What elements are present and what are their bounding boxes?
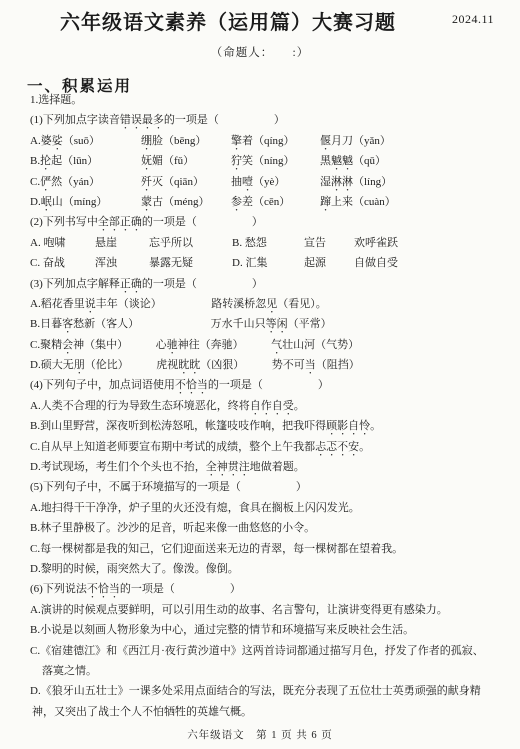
text-segment: C.聚精 [30, 339, 62, 351]
emphasized-text: 驰 [167, 339, 178, 351]
text-segment: （yè） [253, 176, 285, 188]
emphasized-text: 正确 [120, 278, 142, 290]
text-segment: 的一项是（ ） [164, 114, 285, 126]
exam-line: C.俨然（yán）歼灭（qiān）抽噎（yè）湿淋淋（líng） [30, 172, 516, 192]
emphasized-text: 不恰当 [175, 379, 208, 391]
table-cell: 忘乎所以 [149, 233, 232, 253]
exam-line: D.黎明的时候，雨突然大了。像泼。像倒。 [30, 559, 516, 579]
emphasized-text: 娑 [52, 135, 63, 147]
emphasized-text: 绷 [141, 135, 152, 147]
emphasized-text: 不恰当 [87, 583, 120, 595]
table-cell: B.抡起（lūn） [30, 151, 141, 173]
text-segment: (3)下列加点字解释 [30, 278, 120, 290]
text-segment: 月刀（yǎn） [331, 135, 391, 147]
text-segment: （凶狠） 势不可 [200, 359, 305, 371]
emphasized-text: 见 [266, 298, 277, 310]
exam-line: D.《狼牙山五壮士》一课多处采用点面结合的写法，既充分表现了五位壮士英勇顽强的献… [30, 681, 516, 701]
table-cell: 狞笑（níng） [231, 151, 320, 173]
exam-line: A. 咆啸悬崖忘乎所以B. 愁怨宣告欢呼雀跃 [30, 233, 516, 253]
text-segment: 落寞之情。 [42, 665, 97, 677]
exam-line: (4)下列句子中，加点词语使用不恰当的一项是（ ） [30, 375, 516, 395]
emphasized-text: 抡 [40, 155, 51, 167]
table-cell: 歼灭（qiān） [141, 172, 231, 194]
text-segment: D.黎明的时候，雨突然大了。像泼。像倒。 [30, 563, 239, 575]
emphasized-text: 全部正确 [98, 216, 142, 228]
emphasized-text: 淋淋 [331, 176, 353, 188]
emphasized-text: 妩 [141, 155, 152, 167]
exam-body: 1.选择题。(1)下列加点字读音错误最多的一项是（ ）A.婆娑（suō）绷脸（b… [30, 90, 516, 722]
text-segment: B. 愁怨 [232, 237, 267, 249]
text-segment: 壮山河（气势） [282, 339, 359, 351]
text-segment: 。 [359, 441, 370, 453]
emphasized-text: 擎 [231, 135, 242, 147]
text-segment: A.稻花香里 [30, 298, 85, 310]
text-segment: 上来（cuàn） [331, 196, 396, 208]
text-segment: (1)下列加点字读音 [30, 114, 120, 126]
text-segment: （平常） [288, 318, 332, 330]
text-segment: 神，又突出了战士个人不怕牺牲的英雄气概。 [32, 706, 252, 718]
text-segment: B. [30, 155, 40, 167]
exam-line: 落寞之情。 [30, 661, 516, 681]
emphasized-text: 客 [62, 318, 73, 330]
table-cell: A.婆娑（suō） [30, 131, 141, 153]
emphasized-text: 错误最多 [120, 114, 164, 126]
text-segment: C. 奋战 [30, 257, 65, 269]
exam-line: D.岷山（míng）蒙古（méng）参差（cēn）蹿上来（cuàn） [30, 192, 516, 212]
text-segment: 自做自受 [354, 257, 398, 269]
exam-line: (5)下列句子中，不属于环境描写的一项是（ ） [30, 477, 516, 497]
emphasized-text: 狞 [231, 155, 242, 167]
table-cell: 参差（cēn） [231, 192, 320, 214]
text-segment: 古（méng） [152, 196, 209, 208]
exam-line: C. 奋战浑浊暴露无疑D. 汇集起源自做自受 [30, 253, 516, 273]
table-cell: C.俨然（yán） [30, 172, 141, 194]
exam-line: B.抡起（lūn）妩媚（fǔ）狞笑（níng）黑魆魆（qū） [30, 151, 516, 171]
emphasized-text: 气 [271, 339, 282, 351]
emphasized-text: 会 [62, 339, 73, 351]
table-cell: 欢呼雀跃 [354, 233, 516, 253]
text-segment: C. [30, 176, 40, 188]
text-segment: 1.选择题。 [30, 94, 82, 106]
text-segment: 忘乎所以 [149, 237, 193, 249]
emphasized-text: 朋 [74, 359, 85, 371]
emphasized-text: 蹿 [320, 196, 331, 208]
table-cell: 偃月刀（yǎn） [320, 131, 516, 153]
emphasized-text: 参 [231, 196, 242, 208]
emphasized-text: 蒙 [141, 196, 152, 208]
text-segment: 着（qíng） [242, 135, 295, 147]
text-segment: (5)下列句子中，不属于环境描写的一项是（ ） [30, 481, 307, 493]
table-cell: D. 汇集 [232, 253, 304, 273]
text-segment: (4)下列句子中，加点词语使用 [30, 379, 175, 391]
emphasized-text: 俨 [40, 176, 51, 188]
text-segment: （líng） [353, 176, 392, 188]
text-segment: 抽 [231, 176, 242, 188]
text-segment: B.林子里静极了。沙沙的足音，听起来像一曲悠悠的小令。 [30, 522, 315, 534]
table-cell: 自做自受 [354, 253, 516, 273]
text-segment: A.婆 [30, 135, 52, 147]
emphasized-text: 噎 [242, 176, 253, 188]
text-segment: B.日暮 [30, 318, 62, 330]
emphasized-text: 等闲 [266, 318, 288, 330]
exam-line: (3)下列加点字解释正确的一项是（ ） [30, 274, 516, 294]
table-cell: 蹿上来（cuàn） [320, 192, 516, 214]
text-segment: 黑 [320, 155, 331, 167]
exam-line: 1.选择题。 [30, 90, 516, 110]
exam-line: C.自从早上知道老师要宣布期中考试的成绩，整个上午我都忐忑不安。 [30, 437, 516, 457]
text-segment: 欢呼雀跃 [354, 237, 398, 249]
emphasized-text: 说 [85, 298, 96, 310]
exam-line: D.考试现场，考生们个个头也不抬，全神贯注地做着题。 [30, 457, 516, 477]
emphasized-text: 魆魆 [331, 155, 353, 167]
text-segment: 。 [294, 400, 305, 412]
text-segment: A. 咆啸 [30, 237, 65, 249]
text-segment: D.考试现场，考生们个个头也不抬， [30, 461, 206, 473]
emphasized-text: 歼 [141, 176, 152, 188]
text-segment: 山（míng） [52, 196, 108, 208]
emphasized-text: 全神贯注 [206, 461, 250, 473]
text-segment: 悬崖 [95, 237, 117, 249]
text-segment: （伦比） 虎视 [85, 359, 179, 371]
exam-line: C.《宿建德江》和《西江月·夜行黄沙道中》这两首诗词都通过描写月色，抒发了作者的… [30, 641, 516, 661]
text-segment: 起（lūn） [51, 155, 98, 167]
text-segment: A.演讲的时候观点要鲜明，可以引用生动的故事、名言警句，让演讲变得更有感染力。 [30, 604, 448, 616]
table-cell: 宣告 [304, 233, 354, 253]
table-cell: 绷脸（bēng） [141, 131, 231, 153]
table-cell: D.岷山（míng） [30, 192, 141, 214]
text-segment: 神往（奔驰） [178, 339, 272, 351]
text-segment: 宣告 [304, 237, 326, 249]
text-segment: （suō） [63, 135, 100, 147]
text-segment: A.人类不合理的行为导致生态环境恶化，终将 [30, 400, 250, 412]
text-segment: （看见）。 [277, 298, 327, 310]
exam-date: 2024.11 [452, 12, 494, 27]
text-segment: C.自从早上知道老师要宣布期中考试的成绩，整个上午我都 [30, 441, 315, 453]
text-segment: 。 [370, 420, 381, 432]
table-cell: 抽噎（yè） [231, 172, 320, 194]
exam-line: (6)下列说法不恰当的一项是（ ） [30, 579, 516, 599]
text-segment: B.小说是以刻画人物形象为中心，通过完整的情节和环境描写来反映社会生活。 [30, 624, 414, 636]
text-segment: 的一项是（ ） [208, 379, 329, 391]
text-segment: 湿 [320, 176, 331, 188]
text-segment: 然（yán） [51, 176, 100, 188]
text-segment: C.每一棵树都是我的知己，它们迎面送来无边的青翠，每一棵树都在望着我。 [30, 543, 403, 555]
exam-line: B.日暮客愁新（客人） 万水千山只等闲（平常） [30, 314, 516, 334]
exam-line: 神，又突出了战士个人不怕牺牲的英雄气概。 [30, 702, 516, 722]
exam-line: C.每一棵树都是我的知己，它们迎面送来无边的青翠，每一棵树都在望着我。 [30, 539, 516, 559]
page-header: 六年级语文素养（运用篇）大赛习题 2024.11 （命题人： :） [0, 0, 520, 60]
text-segment: 愁新（客人） 万水千山只 [73, 318, 266, 330]
text-segment: 神（集中） 心 [73, 339, 167, 351]
exam-line: (1)下列加点字读音错误最多的一项是（ ） [30, 110, 516, 130]
emphasized-text: 偃 [320, 135, 331, 147]
text-segment: D.硕大无 [30, 359, 74, 371]
text-segment: D.《狼牙山五壮士》一课多处采用点面结合的写法，既充分表现了五位壮士英勇顽强的献… [30, 685, 481, 697]
emphasized-text: 岷 [41, 196, 52, 208]
exam-line: A.演讲的时候观点要鲜明，可以引用生动的故事、名言警句，让演讲变得更有感染力。 [30, 600, 516, 620]
emphasized-text: 顾影自怜 [326, 420, 370, 432]
table-cell: 浑浊 [95, 253, 149, 273]
exam-line: A.稻花香里说丰年（谈论） 路转溪桥忽见（看见）。 [30, 294, 516, 314]
table-cell: 暴露无疑 [149, 253, 232, 273]
text-segment: 地做着题。 [250, 461, 305, 473]
text-segment: 笑（níng） [242, 155, 295, 167]
text-segment: 的一项是（ ） [142, 216, 263, 228]
text-segment: 灭（qiān） [152, 176, 204, 188]
emphasized-text: 眈眈 [178, 359, 200, 371]
emphasized-text: 忐忑不安 [315, 441, 359, 453]
text-segment: D. 汇集 [232, 257, 267, 269]
emphasized-text: 当 [305, 359, 316, 371]
page-title: 六年级语文素养（运用篇）大赛习题 [0, 11, 520, 35]
page-footer: 六年级语文 第 1 页 共 6 页 [0, 727, 520, 742]
table-cell: B. 愁怨 [232, 233, 304, 253]
text-segment: 暴露无疑 [149, 257, 193, 269]
exam-line: D.硕大无朋（伦比） 虎视眈眈（凶狠） 势不可当（阻挡） [30, 355, 516, 375]
table-cell: 湿淋淋（líng） [320, 172, 516, 194]
text-segment: 差（cēn） [242, 196, 290, 208]
table-cell: 妩媚（fǔ） [141, 151, 231, 173]
table-cell: 擎着（qíng） [231, 131, 320, 153]
text-segment: 的一项是（ ） [120, 583, 241, 595]
text-segment: 起源 [304, 257, 326, 269]
text-segment: C.《宿建德江》和《西江月·夜行黄沙道中》这两首诗词都通过描写月色，抒发了作者的… [30, 645, 484, 657]
emphasized-text: 自作自受 [250, 400, 294, 412]
table-cell: 蒙古（méng） [141, 192, 231, 214]
text-segment: A.地扫得干干净净，炉子里的火还没有熄，食具在搁板上闪闪发光。 [30, 502, 360, 514]
text-segment: B.到山里野营，深夜听到松涛怒吼，帐篷吱吱作响，把我吓得 [30, 420, 326, 432]
text-segment: 的一项是（ ） [142, 278, 263, 290]
text-segment: (6)下列说法 [30, 583, 87, 595]
exam-line: (2)下列书写中全部正确的一项是（ ） [30, 212, 516, 232]
exam-page: 六年级语文素养（运用篇）大赛习题 2024.11 （命题人： :） 一、积累运用… [0, 0, 520, 749]
text-segment: 丰年（谈论） 路转溪桥忽 [96, 298, 267, 310]
table-cell: A. 咆啸 [30, 233, 95, 253]
text-segment: 浑浊 [95, 257, 117, 269]
text-segment: D. [30, 196, 41, 208]
exam-line: B.小说是以刻画人物形象为中心，通过完整的情节和环境描写来反映社会生活。 [30, 620, 516, 640]
text-segment: （qū） [353, 155, 386, 167]
table-cell: C. 奋战 [30, 253, 95, 273]
exam-line: A.地扫得干干净净，炉子里的火还没有熄，食具在搁板上闪闪发光。 [30, 498, 516, 518]
text-segment: 媚（fǔ） [152, 155, 194, 167]
exam-line: C.聚精会神（集中） 心驰神往（奔驰） 气壮山河（气势） [30, 335, 516, 355]
table-cell: 黑魆魆（qū） [320, 151, 516, 173]
text-segment: (2)下列书写中 [30, 216, 98, 228]
text-segment: 脸（bēng） [152, 135, 206, 147]
text-segment: （阻挡） [316, 359, 360, 371]
exam-line: B.林子里静极了。沙沙的足音，听起来像一曲悠悠的小令。 [30, 518, 516, 538]
exam-line: B.到山里野营，深夜听到松涛怒吼，帐篷吱吱作响，把我吓得顾影自怜。 [30, 416, 516, 436]
exam-author-line: （命题人： :） [0, 44, 520, 60]
exam-line: A.婆娑（suō）绷脸（bēng）擎着（qíng）偃月刀（yǎn） [30, 131, 516, 151]
exam-line: A.人类不合理的行为导致生态环境恶化，终将自作自受。 [30, 396, 516, 416]
table-cell: 悬崖 [95, 233, 149, 253]
table-cell: 起源 [304, 253, 354, 273]
